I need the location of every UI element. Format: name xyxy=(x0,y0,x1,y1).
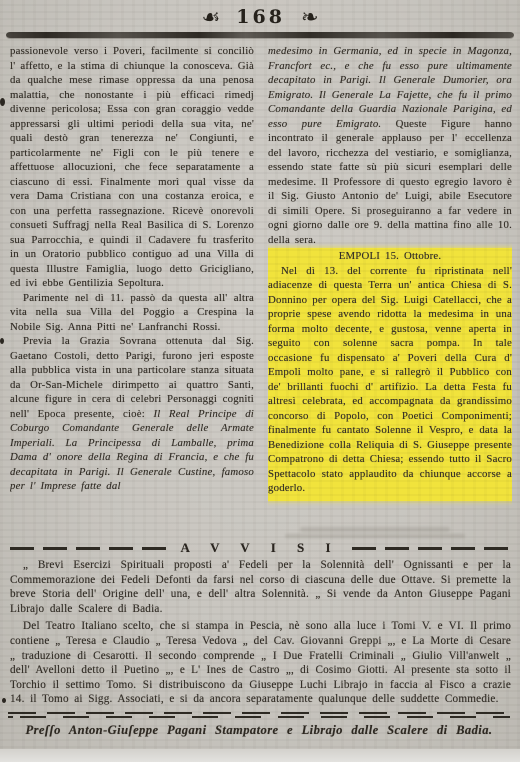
article-dateline: EMPOLI 15. Ottobre. xyxy=(268,249,512,264)
article-paragraph: Nel dì 13. del corrente fu ripristinata … xyxy=(268,264,512,496)
article-paragraph: Previa la Grazia Sovrana ottenuta dal Si… xyxy=(10,334,254,494)
fleuron-right-icon: ❧ xyxy=(301,7,319,28)
paragraph-segment: Queste Figure hanno incontrato il genera… xyxy=(268,118,512,246)
article-paragraph: Parimente nel dì 11. passò da questa all… xyxy=(10,291,254,335)
left-column: passionevole verso i Poveri, facilmente … xyxy=(10,44,254,536)
article-paragraph: passionevole verso i Poveri, facilmente … xyxy=(10,44,254,291)
fleuron-left-icon: ☙ xyxy=(201,7,220,28)
avvisi-title: A V V I S I xyxy=(176,540,343,556)
avvisi-section: „ Brevi Esercizi Spirituali proposti a' … xyxy=(0,557,520,707)
scan-speck xyxy=(0,338,4,344)
scan-speck xyxy=(2,698,6,703)
dash-rule-right xyxy=(352,547,510,550)
avvisi-paragraph: „ Brevi Esercizi Spirituali proposti a' … xyxy=(10,558,511,616)
footer-ornamental-rule xyxy=(8,712,510,718)
masthead: ☙ 168 ❧ xyxy=(0,0,520,31)
scanned-gazette-page: ☙ 168 ❧ passionevole verso i Poveri, fac… xyxy=(0,0,520,762)
right-column: medesimo in Germania, ed in specie in Ma… xyxy=(268,44,512,536)
page-bottom-edge xyxy=(0,749,520,762)
dash-rule-left xyxy=(10,547,168,550)
avvisi-paragraph: Del Teatro Italiano scelto, che si stamp… xyxy=(10,619,511,707)
article-columns: passionevole verso i Poveri, facilmente … xyxy=(0,38,520,536)
highlighted-article-empoli: EMPOLI 15. Ottobre. Nel dì 13. del corre… xyxy=(268,248,512,501)
scan-speck xyxy=(0,98,5,106)
printer-imprint: Preſſo Anton-Giuſeppe Pagani Stampatore … xyxy=(8,723,510,738)
avvisi-section-header: A V V I S I xyxy=(10,541,510,555)
article-paragraph: medesimo in Germania, ed in specie in Ma… xyxy=(268,44,512,247)
paragraph-segment-italic: Il Real Principe di Coburgo Comandante G… xyxy=(10,408,254,493)
page-number: 168 xyxy=(236,6,285,28)
